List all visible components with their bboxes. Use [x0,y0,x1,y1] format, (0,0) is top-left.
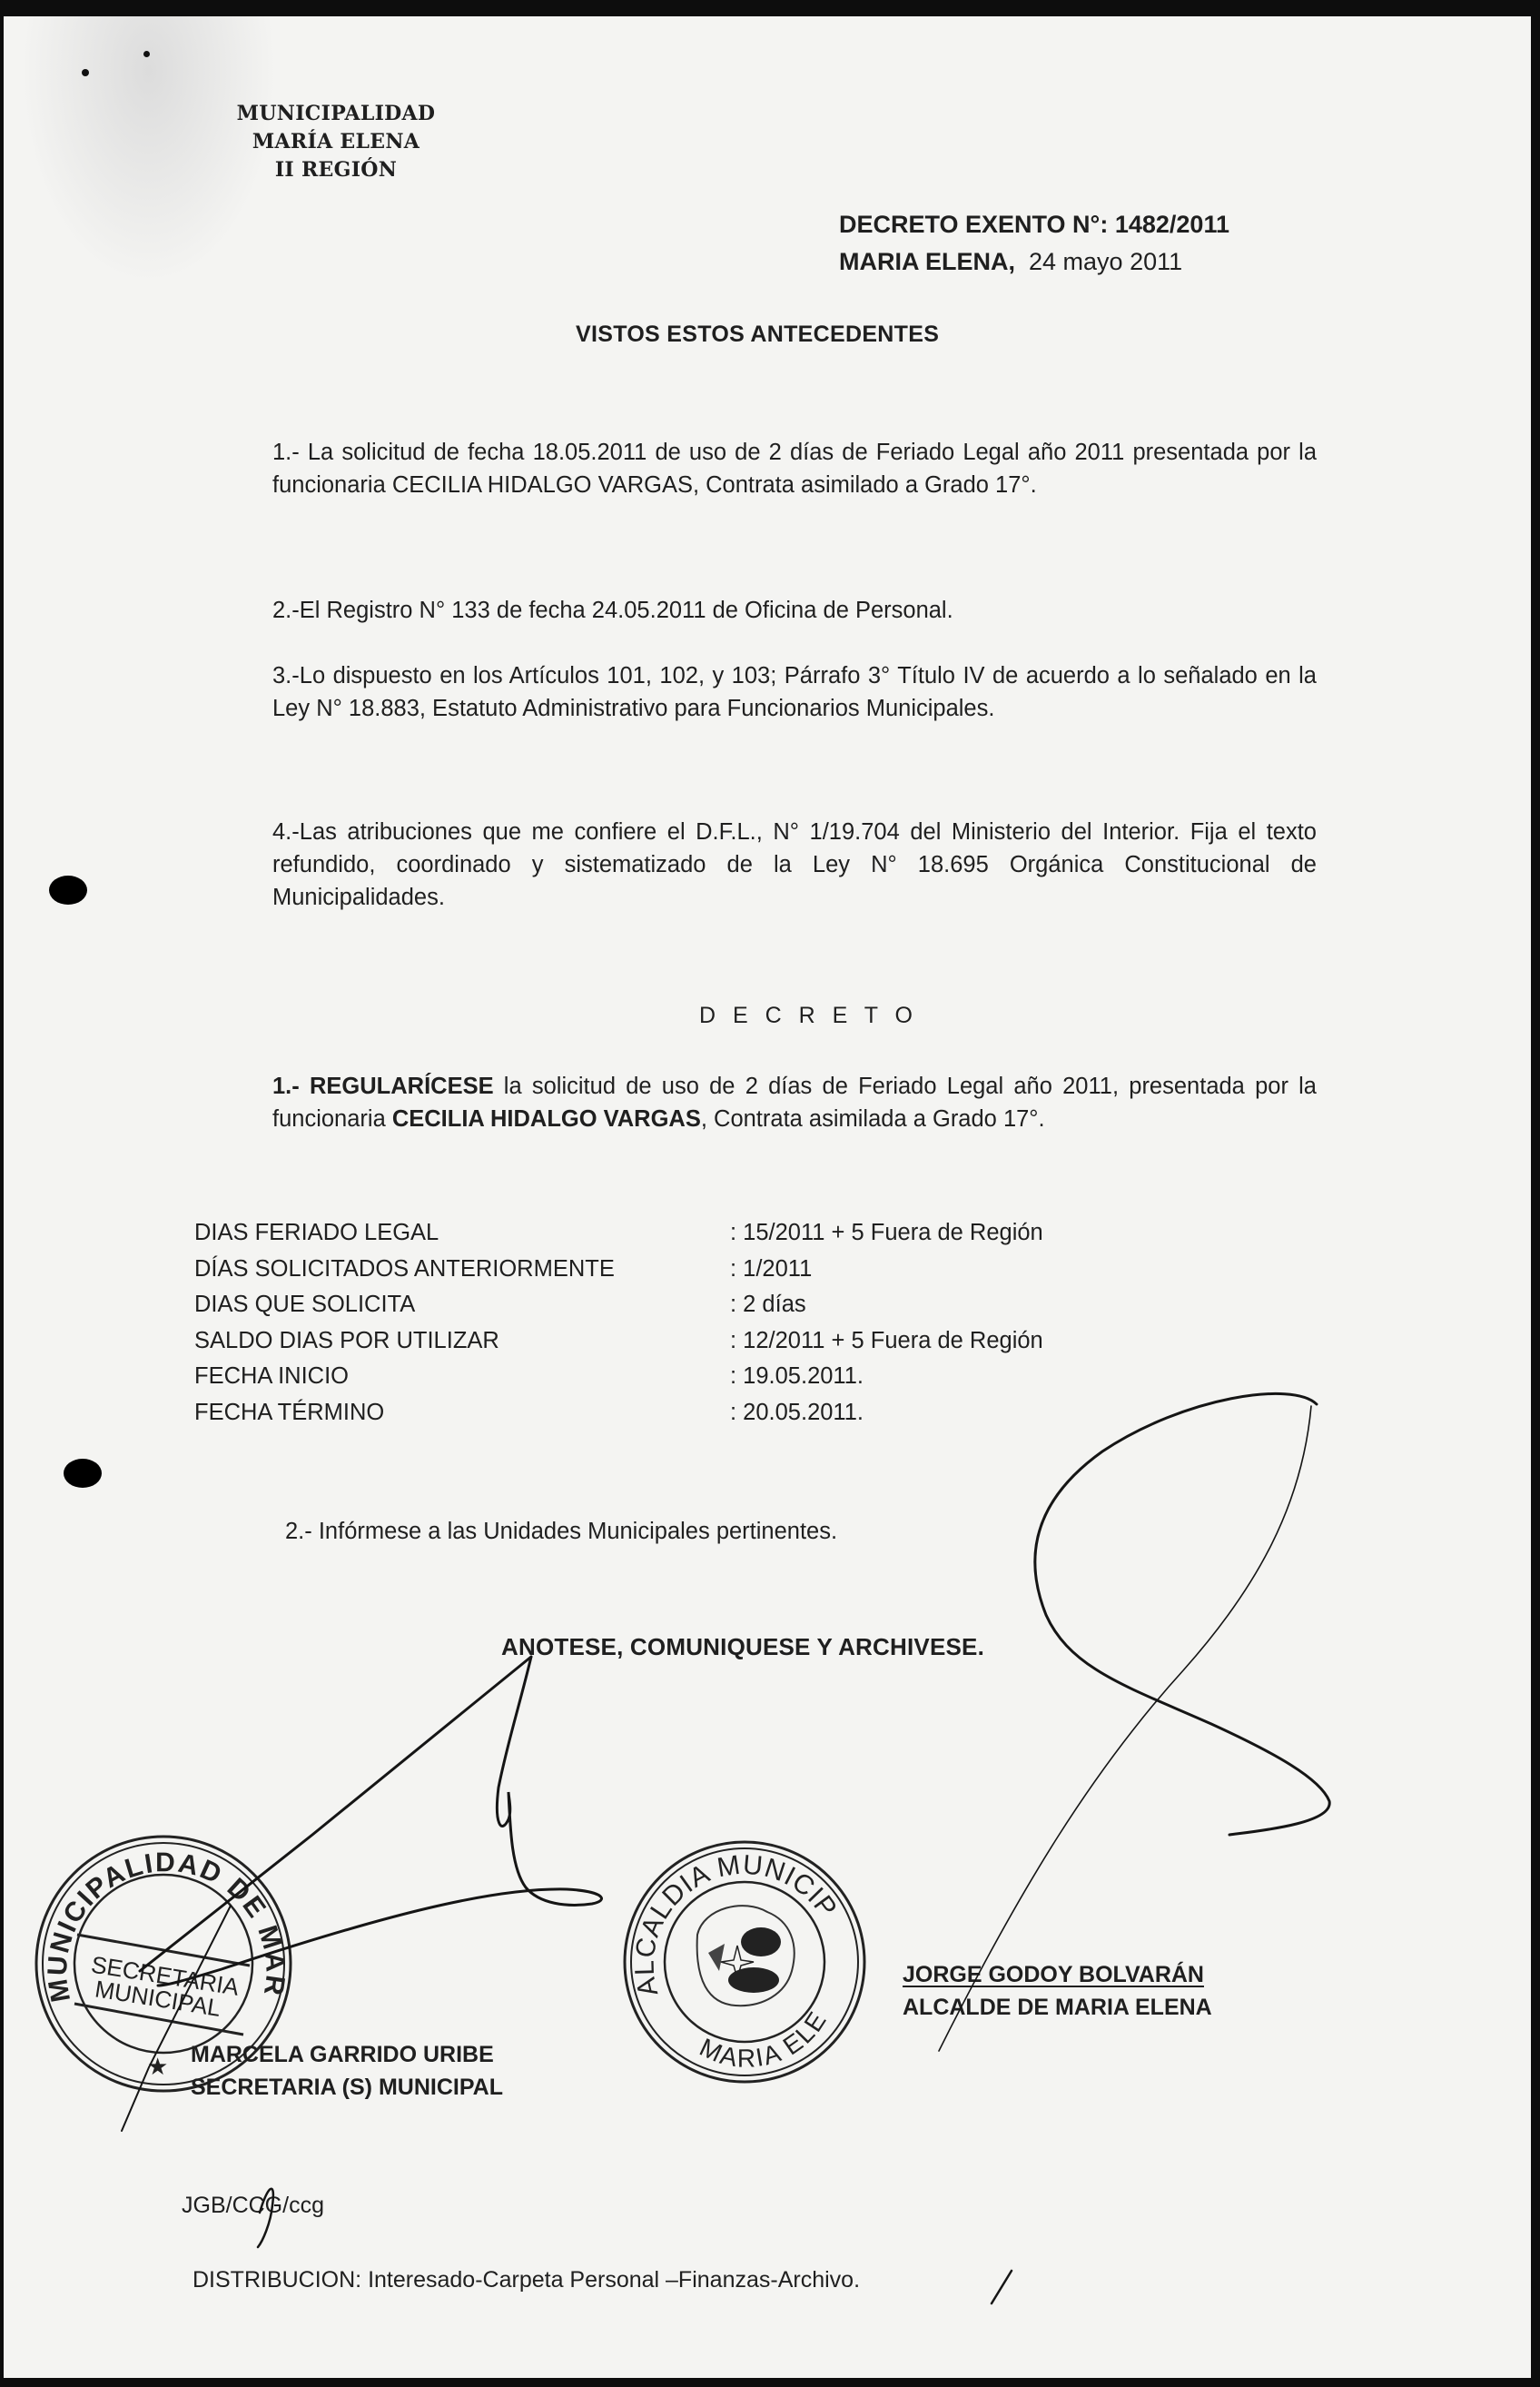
employee-name: CECILIA HIDALGO VARGAS [392,1106,701,1132]
header-line-2: MARÍA ELENA [218,128,454,156]
place-date: MARIA ELENA, 24 mayo 2011 [839,248,1182,276]
coat-of-arms-icon [697,1906,795,2006]
leave-table-label: FECHA INICIO [194,1359,730,1395]
punch-hole-icon [64,1459,102,1488]
date: 24 mayo 2011 [1029,248,1182,275]
closing-formula: ANOTESE, COMUNIQUESE Y ARCHIVESE. [501,1633,984,1661]
leave-table-row: DIAS FERIADO LEGAL: 15/2011 + 5 Fuera de… [194,1215,1043,1252]
header-line-1: MUNICIPALIDAD [218,100,454,128]
leave-table-value: : 20.05.2011. [730,1395,864,1431]
leave-table-value: : 2 días [730,1287,806,1323]
antecedente-1: 1.- La solicitud de fecha 18.05.2011 de … [272,436,1317,501]
mayor-signature-line [939,1406,1311,2051]
resolution-1-text-b: , Contrata asimilada a Grado 17°. [701,1106,1045,1132]
leave-table-label: FECHA TÉRMINO [194,1395,730,1431]
decree-number: DECRETO EXENTO N°: 1482/2011 [839,211,1229,239]
document-page: MUNICIPALIDAD MARÍA ELENA II REGIÓN DECR… [4,16,1531,2378]
place: MARIA ELENA, [839,248,1015,275]
resolution-1-number: 1.- [272,1074,300,1099]
municipality-header: MUNICIPALIDAD MARÍA ELENA II REGIÓN [218,100,454,184]
secretary-title: SECRETARIA (S) MUNICIPAL [191,2071,503,2104]
mayor-signature-block: JORGE GODOY BOLVARÁN ALCALDE DE MARIA EL… [903,1958,1212,2024]
leave-table: DIAS FERIADO LEGAL: 15/2011 + 5 Fuera de… [194,1215,1043,1431]
leave-table-value: : 15/2011 + 5 Fuera de Región [730,1215,1043,1252]
leave-table-label: SALDO DIAS POR UTILIZAR [194,1323,730,1360]
secretary-name: MARCELA GARRIDO URIBE [191,2038,503,2071]
leave-table-value: : 19.05.2011. [730,1359,864,1395]
antecedente-4: 4.-Las atribuciones que me confiere el D… [272,816,1317,914]
mayor-title: ALCALDE DE MARIA ELENA [903,1991,1212,2024]
leave-table-label: DIAS QUE SOLICITA [194,1287,730,1323]
alcaldia-stamp: ALCALDIA MUNICIPAL MARIA ELENA [617,1835,872,2089]
antecedente-3: 3.-Lo dispuesto en los Artículos 101, 10… [272,659,1317,725]
secretary-signature-block: MARCELA GARRIDO URIBE SECRETARIA (S) MUN… [191,2038,503,2104]
leave-table-label: DIAS FERIADO LEGAL [194,1215,730,1252]
antecedente-2: 2.-El Registro N° 133 de fecha 24.05.201… [272,594,1317,627]
vistos-title: VISTOS ESTOS ANTECEDENTES [576,322,939,348]
punch-hole-icon [49,876,87,905]
leave-table-value: : 1/2011 [730,1252,812,1288]
star-icon: ★ [147,2053,168,2080]
leave-table-row: DÍAS SOLICITADOS ANTERIORMENTE: 1/2011 [194,1252,1043,1288]
initials: JGB/CCG/ccg [182,2193,324,2219]
resolution-1: 1.- REGULARÍCESE la solicitud de uso de … [272,1070,1317,1135]
mayor-name: JORGE GODOY BOLVARÁN [903,1958,1212,1991]
resolution-1-verb: REGULARÍCESE [310,1074,494,1099]
leave-table-row: FECHA INICIO: 19.05.2011. [194,1359,1043,1395]
leave-table-row: SALDO DIAS POR UTILIZAR: 12/2011 + 5 Fue… [194,1323,1043,1360]
staple-mark-icon [143,51,150,57]
resolution-2: 2.- Infórmese a las Unidades Municipales… [285,1519,837,1545]
header-line-3: II REGIÓN [218,156,454,184]
mayor-signature [1035,1393,1329,1835]
distribution-line: DISTRIBUCION: Interesado-Carpeta Persona… [192,2267,860,2293]
leave-table-row: FECHA TÉRMINO: 20.05.2011. [194,1395,1043,1431]
distribution-check-mark [992,2271,1012,2303]
leave-table-row: DIAS QUE SOLICITA: 2 días [194,1287,1043,1323]
decreto-title: D E C R E T O [699,1003,918,1029]
staple-mark-icon [82,69,89,76]
leave-table-value: : 12/2011 + 5 Fuera de Región [730,1323,1043,1360]
leave-table-label: DÍAS SOLICITADOS ANTERIORMENTE [194,1252,730,1288]
